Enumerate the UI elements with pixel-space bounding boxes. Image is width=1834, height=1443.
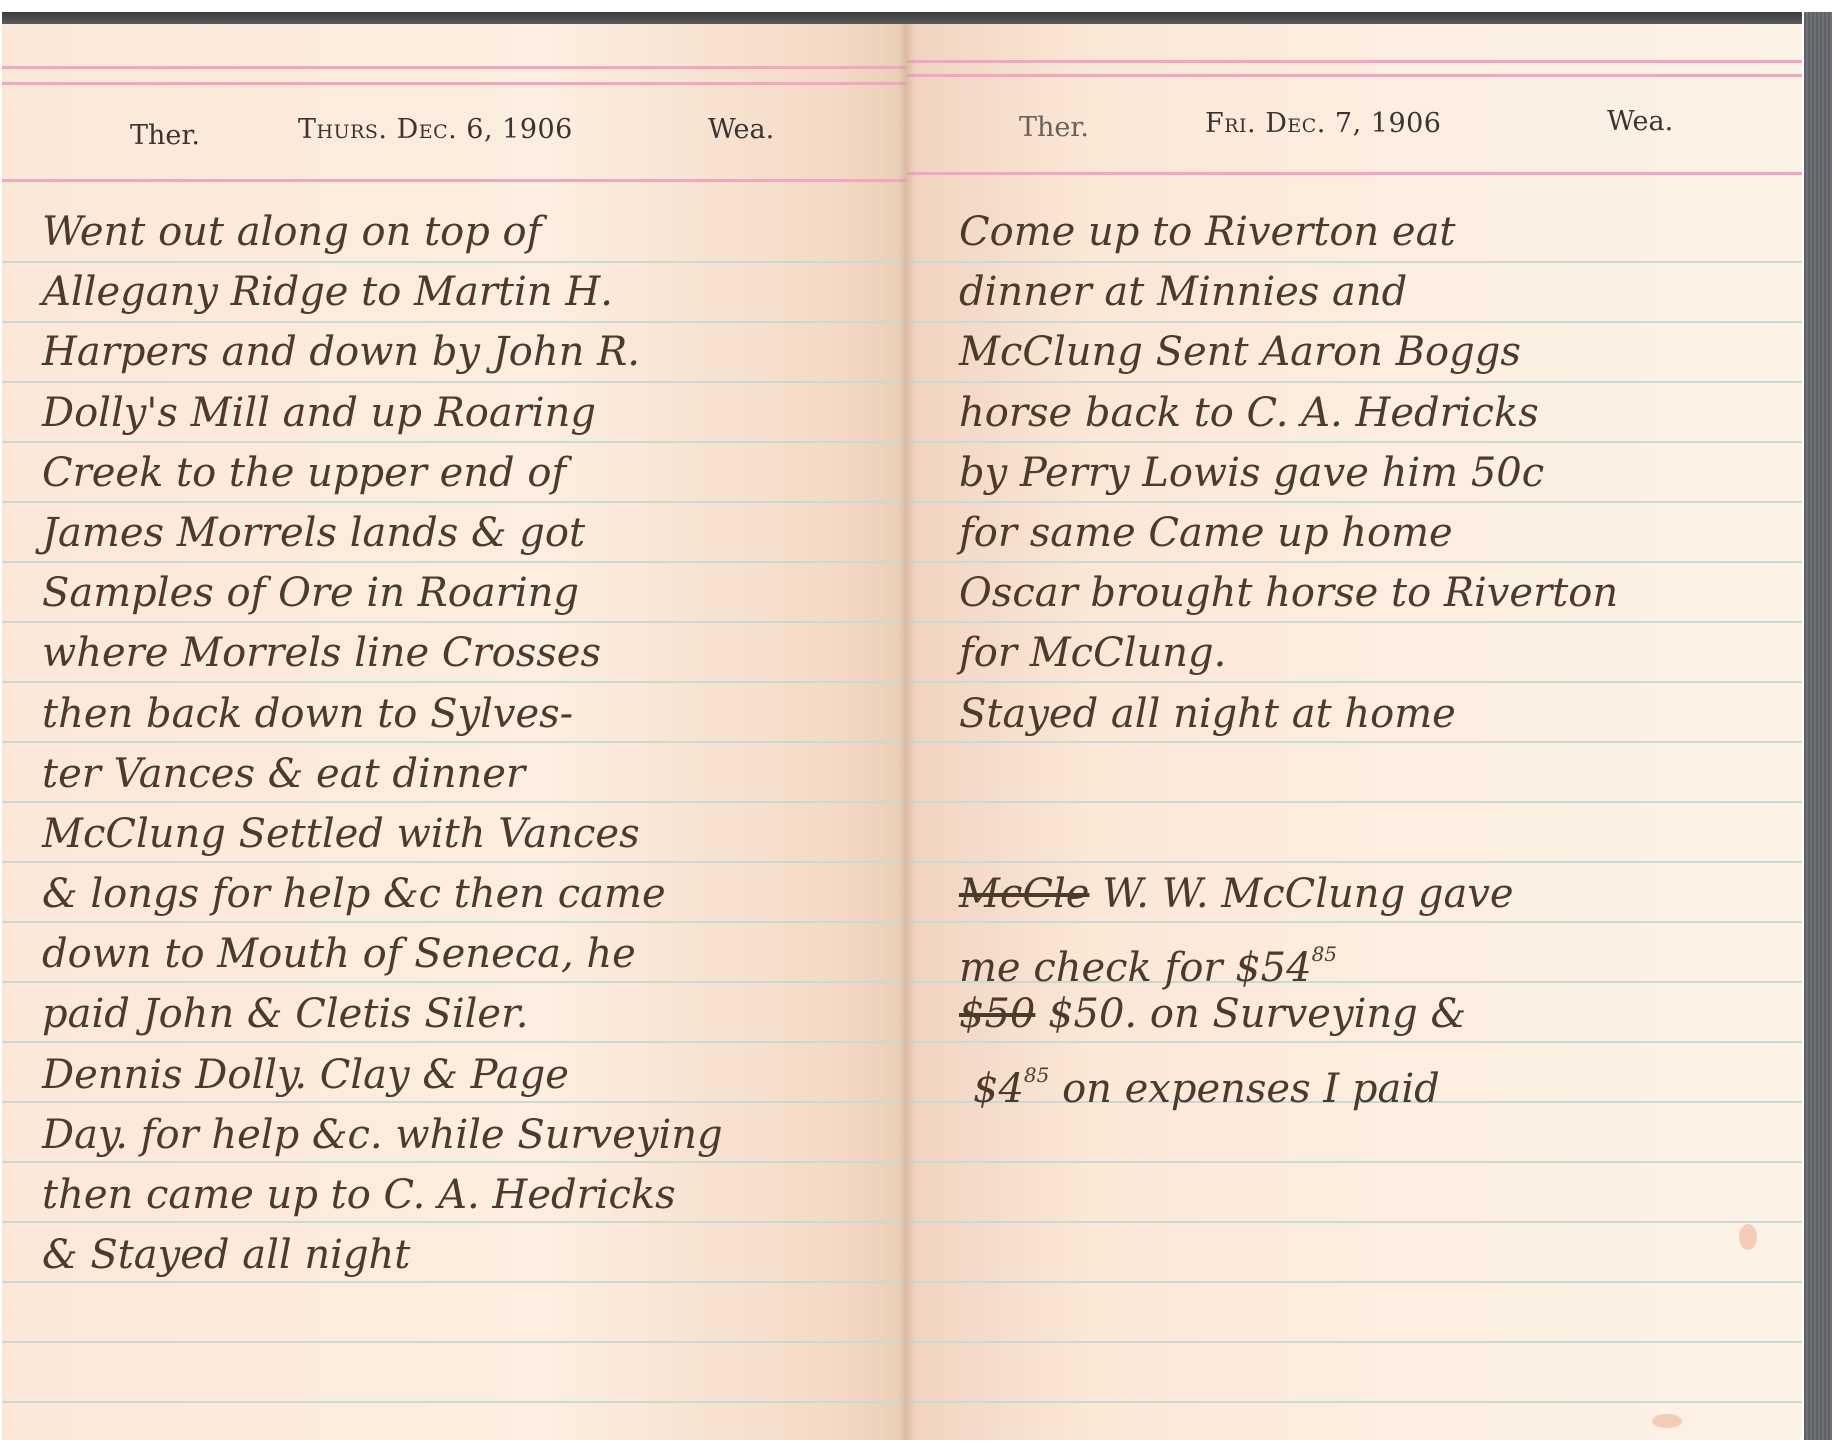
payment-line: McCle W. W. McClung gave <box>959 864 1772 924</box>
struck-text: $50 <box>959 991 1035 1037</box>
left-page-header: Ther. Thurs. Dec. 6, 1906 Wea. <box>2 112 907 162</box>
right-page: Ther. Fri. Dec. 7, 1906 Wea. Come up to … <box>907 24 1802 1440</box>
struck-text: McCle <box>959 871 1089 917</box>
weather-label: Wea. <box>1607 106 1673 137</box>
entry-line: Come up to Riverton eat <box>959 202 1772 262</box>
blue-rule <box>907 1341 1802 1343</box>
diary-entry-dec-7: Come up to Riverton eat dinner at Minnie… <box>959 202 1772 744</box>
book-cover-edge <box>1804 12 1832 1440</box>
blue-rule <box>907 861 1802 863</box>
entry-line: where Morrels line Crosses <box>42 623 877 683</box>
left-page: Ther. Thurs. Dec. 6, 1906 Wea. Went out … <box>2 24 907 1440</box>
pink-rule <box>907 172 1802 175</box>
entry-line: Day. for help &c. while Surveying <box>42 1105 877 1165</box>
page-date: Fri. Dec. 7, 1906 <box>1205 108 1442 139</box>
entry-line: Dolly's Mill and up Roaring <box>42 383 877 443</box>
book-gutter <box>898 24 916 1440</box>
pink-rule <box>2 179 907 182</box>
payment-text: W. W. McClung gave <box>1102 871 1513 917</box>
entry-line: Creek to the upper end of <box>42 443 877 503</box>
entry-line: horse back to C. A. Hedricks <box>959 383 1772 443</box>
entry-line: ter Vances & eat dinner <box>42 744 877 804</box>
diary-entry-dec-6: Went out along on top of Allegany Ridge … <box>42 202 877 1285</box>
page-date: Thurs. Dec. 6, 1906 <box>298 114 573 145</box>
entry-line: Stayed all night at home <box>959 684 1772 744</box>
pink-rule <box>907 74 1802 77</box>
weather-label: Wea. <box>708 114 774 145</box>
entry-line: & Stayed all night <box>42 1225 877 1285</box>
entry-line: & longs for help &c then came <box>42 864 877 924</box>
payment-text: $50. on Surveying & <box>1048 991 1466 1037</box>
payment-line: me check for $5485 <box>959 924 1772 984</box>
cents-superscript: 85 <box>1024 1063 1049 1087</box>
blue-rule <box>2 1401 907 1403</box>
pink-rule <box>907 60 1802 63</box>
thermometer-label: Ther. <box>1019 112 1089 143</box>
paper-stain <box>1652 1414 1682 1428</box>
payment-note: McCle W. W. McClung gave me check for $5… <box>959 864 1772 1105</box>
entry-line: down to Mouth of Seneca, he <box>42 924 877 984</box>
pink-rule <box>2 82 907 85</box>
entry-line: for McClung. <box>959 623 1772 683</box>
payment-text: on expenses I paid <box>1062 1066 1440 1112</box>
entry-line: James Morrels lands & got <box>42 503 877 563</box>
payment-text: $4 <box>973 1066 1024 1112</box>
entry-line: Dennis Dolly. Clay & Page <box>42 1045 877 1105</box>
entry-line: for same Came up home <box>959 503 1772 563</box>
blue-rule <box>907 801 1802 803</box>
blue-rule <box>907 1281 1802 1283</box>
entry-line: paid John & Cletis Siler. <box>42 984 877 1044</box>
payment-line: $485 on expenses I paid <box>959 1045 1772 1105</box>
paper-stain <box>1739 1224 1757 1250</box>
entry-line: dinner at Minnies and <box>959 262 1772 322</box>
entry-line: by Perry Lowis gave him 50c <box>959 443 1772 503</box>
entry-line: Harpers and down by John R. <box>42 322 877 382</box>
entry-line: Allegany Ridge to Martin H. <box>42 262 877 322</box>
entry-line: Went out along on top of <box>42 202 877 262</box>
blue-rule <box>907 1161 1802 1163</box>
entry-line: then back down to Sylves- <box>42 684 877 744</box>
blue-rule <box>907 1221 1802 1223</box>
cents-superscript: 85 <box>1312 942 1337 966</box>
diary-book: Ther. Thurs. Dec. 6, 1906 Wea. Went out … <box>2 12 1832 1442</box>
right-page-header: Ther. Fri. Dec. 7, 1906 Wea. <box>907 104 1802 154</box>
entry-line: Samples of Ore in Roaring <box>42 563 877 623</box>
blue-rule <box>2 1341 907 1343</box>
entry-line: McClung Settled with Vances <box>42 804 877 864</box>
entry-line: Oscar brought horse to Riverton <box>959 563 1772 623</box>
entry-line: McClung Sent Aaron Boggs <box>959 322 1772 382</box>
thermometer-label: Ther. <box>130 120 200 151</box>
pink-rule <box>2 66 907 69</box>
blue-rule <box>907 1401 1802 1403</box>
payment-line: $50 $50. on Surveying & <box>959 984 1772 1044</box>
entry-line: then came up to C. A. Hedricks <box>42 1165 877 1225</box>
